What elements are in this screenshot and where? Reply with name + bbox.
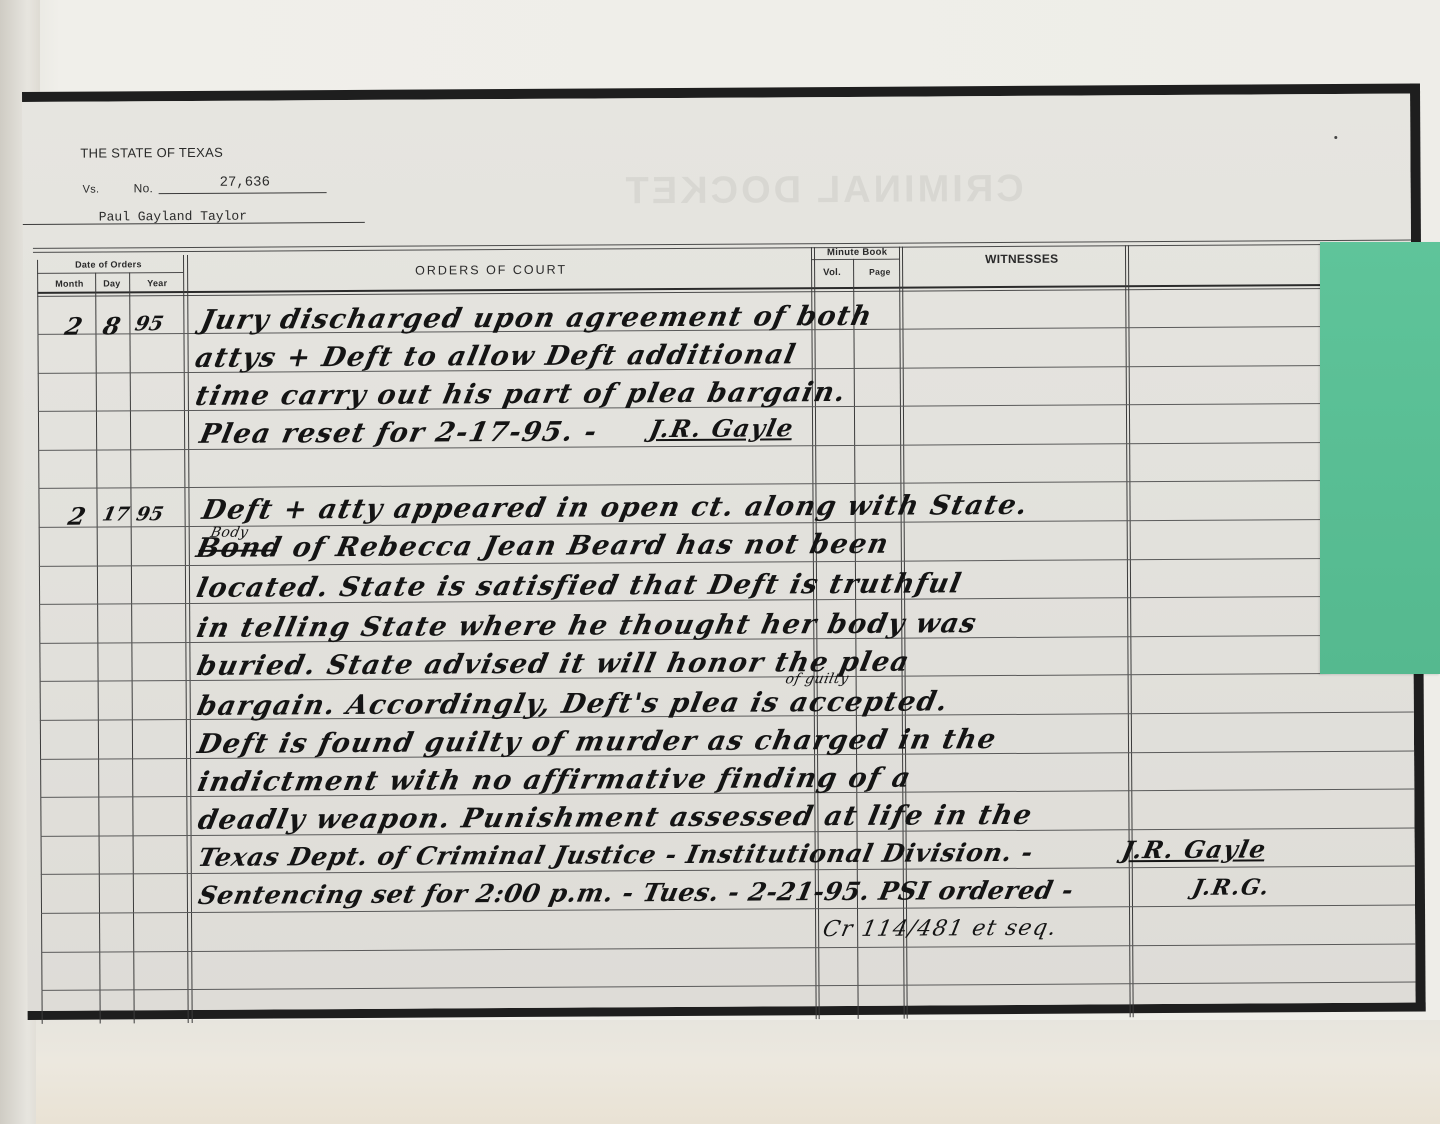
entry-2-line-9: deadly weapon. Punishment assessed at li… <box>195 800 1035 836</box>
orders-of-court-header: ORDERS OF COURT <box>415 263 567 278</box>
col-line-day-year <box>129 272 135 1023</box>
entry-2-year: 95 <box>134 503 165 525</box>
entry-2-line-2: Bond of Rebecca Jean Beard has not been <box>194 529 893 564</box>
case-number: 27,636 <box>220 174 271 190</box>
defendant-underline <box>23 222 365 225</box>
entry-1-line-2: attys + Deft to allow Deft additional <box>192 339 799 374</box>
ruled-rows <box>22 94 1410 102</box>
date-of-orders-header: Date of Orders <box>75 259 142 269</box>
versus-label: Vs. <box>83 184 100 196</box>
minute-book-header-divider <box>811 259 899 261</box>
entry-1-month: 2 <box>62 312 85 341</box>
entry-1-day: 8 <box>100 311 123 340</box>
case-number-label: No. <box>134 181 154 195</box>
case-number-underline <box>159 192 327 194</box>
entry-2-line-3: located. State is satisfied that Deft is… <box>194 568 965 604</box>
paper-speck <box>1334 136 1337 139</box>
entry-2-line-6: bargain. Accordingly, Deft's plea is acc… <box>195 686 952 722</box>
entry-1-signature: J.R. Gayle <box>647 413 797 443</box>
ruled-line <box>41 982 1415 991</box>
entry-2-line-7: Deft is found guilty of murder as charge… <box>195 724 1000 760</box>
minute-book-header: Minute Book <box>827 247 887 258</box>
page-bottom-margin <box>36 1020 1440 1124</box>
bleed-through-text: CRIMINAL DOCKET <box>622 168 1023 213</box>
entry-2-line-10: Texas Dept. of Criminal Justice - Instit… <box>196 838 1036 872</box>
docket-sheet: CRIMINAL DOCKET THE STATE OF TEXAS Vs. N… <box>22 83 1426 1020</box>
entry-2-signature-1: J.R. Gayle <box>1120 834 1270 864</box>
vol-header: Vol. <box>823 267 841 278</box>
header-rule-top-2 <box>33 244 1411 253</box>
witnesses-header: WITNESSES <box>985 252 1058 266</box>
entry-2-signature-2: J.R.G. <box>1190 874 1272 901</box>
entry-2-line-4: in telling State where he thought her bo… <box>194 608 980 644</box>
entry-1-line-3: time carry out his part of plea bargain. <box>193 377 850 412</box>
minute-book-reference: Cr 114/481 et seq. <box>821 916 1060 942</box>
page-header: Page <box>869 267 891 277</box>
date-header-divider <box>37 272 183 274</box>
col-line-month-day <box>95 273 101 1024</box>
entry-2-line-11: Sentencing set for 2:00 p.m. - Tues. - 2… <box>196 876 1076 910</box>
ruled-line <box>41 944 1415 953</box>
plaintiff-label: THE STATE OF TEXAS <box>80 145 223 161</box>
year-header: Year <box>147 278 167 288</box>
entry-2-line-8: indictment with no affirmative finding o… <box>195 763 914 798</box>
entry-2-line-1: Deft + atty appeared in open ct. along w… <box>199 490 1031 526</box>
entry-2-line-5: buried. State advised it will honor the … <box>194 647 913 682</box>
sticky-note <box>1320 242 1440 674</box>
entry-1-year: 95 <box>133 311 166 335</box>
entry-2-day: 17 <box>100 503 131 525</box>
entry-1-line-1: Jury discharged upon agreement of both <box>198 301 875 336</box>
ruled-line <box>38 480 1412 489</box>
day-header: Day <box>103 278 120 288</box>
month-header: Month <box>55 279 84 289</box>
entry-1-line-4: Plea reset for 2-17-95. - <box>197 416 601 449</box>
